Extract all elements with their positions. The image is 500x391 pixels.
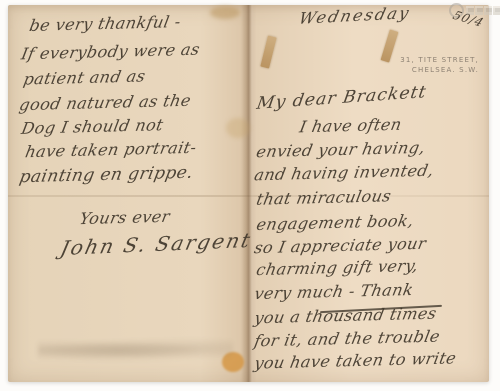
- handwriting-line: Dog I should not: [20, 115, 165, 138]
- handwriting-line: be very thankful -: [28, 12, 183, 35]
- handwriting-line: painting en grippe.: [18, 163, 195, 188]
- letterhead-street: 31, TITE STREET,: [400, 55, 479, 65]
- handwriting-line: If everybody were as: [20, 40, 202, 64]
- show-through-writing: [38, 337, 233, 363]
- handwriting-line: good natured as the: [18, 91, 193, 114]
- right-page: Wednesday 31, TITE STREET, CHELSEA. S.W.…: [252, 5, 489, 382]
- handwriting-line: very much - Thank: [253, 280, 415, 303]
- handwriting-line: and having invented,: [253, 161, 436, 185]
- letterhead-district: CHELSEA. S.W.: [400, 65, 479, 75]
- handwriting-line: charming gift very,: [255, 256, 420, 279]
- closing-line: Yours ever: [78, 207, 172, 228]
- handwriting-line: so I appreciate your: [253, 234, 428, 257]
- greeting-line: My dear Brackett: [255, 82, 428, 114]
- handwriting-line: you have taken to write: [253, 348, 458, 372]
- handwriting-line: that miraculous: [255, 186, 393, 208]
- date-line: Wednesday: [297, 3, 413, 28]
- handwriting-line: envied your having,: [255, 138, 427, 161]
- left-page: be very thankful - If everybody were as …: [20, 5, 246, 382]
- handwriting-line: I have often: [298, 115, 403, 137]
- printed-letterhead: 31, TITE STREET, CHELSEA. S.W.: [400, 55, 479, 75]
- letter-paper: be very thankful - If everybody were as …: [8, 5, 489, 382]
- signature: John S. Sargent: [58, 228, 254, 260]
- handwriting-line: have taken portrait-: [24, 138, 198, 161]
- letter-photograph: be very thankful - If everybody were as …: [0, 0, 500, 391]
- handwriting-line: engagement book,: [255, 211, 416, 234]
- handwriting-line: patient and as: [22, 66, 147, 88]
- handwriting-line: for it, and the trouble: [253, 327, 442, 351]
